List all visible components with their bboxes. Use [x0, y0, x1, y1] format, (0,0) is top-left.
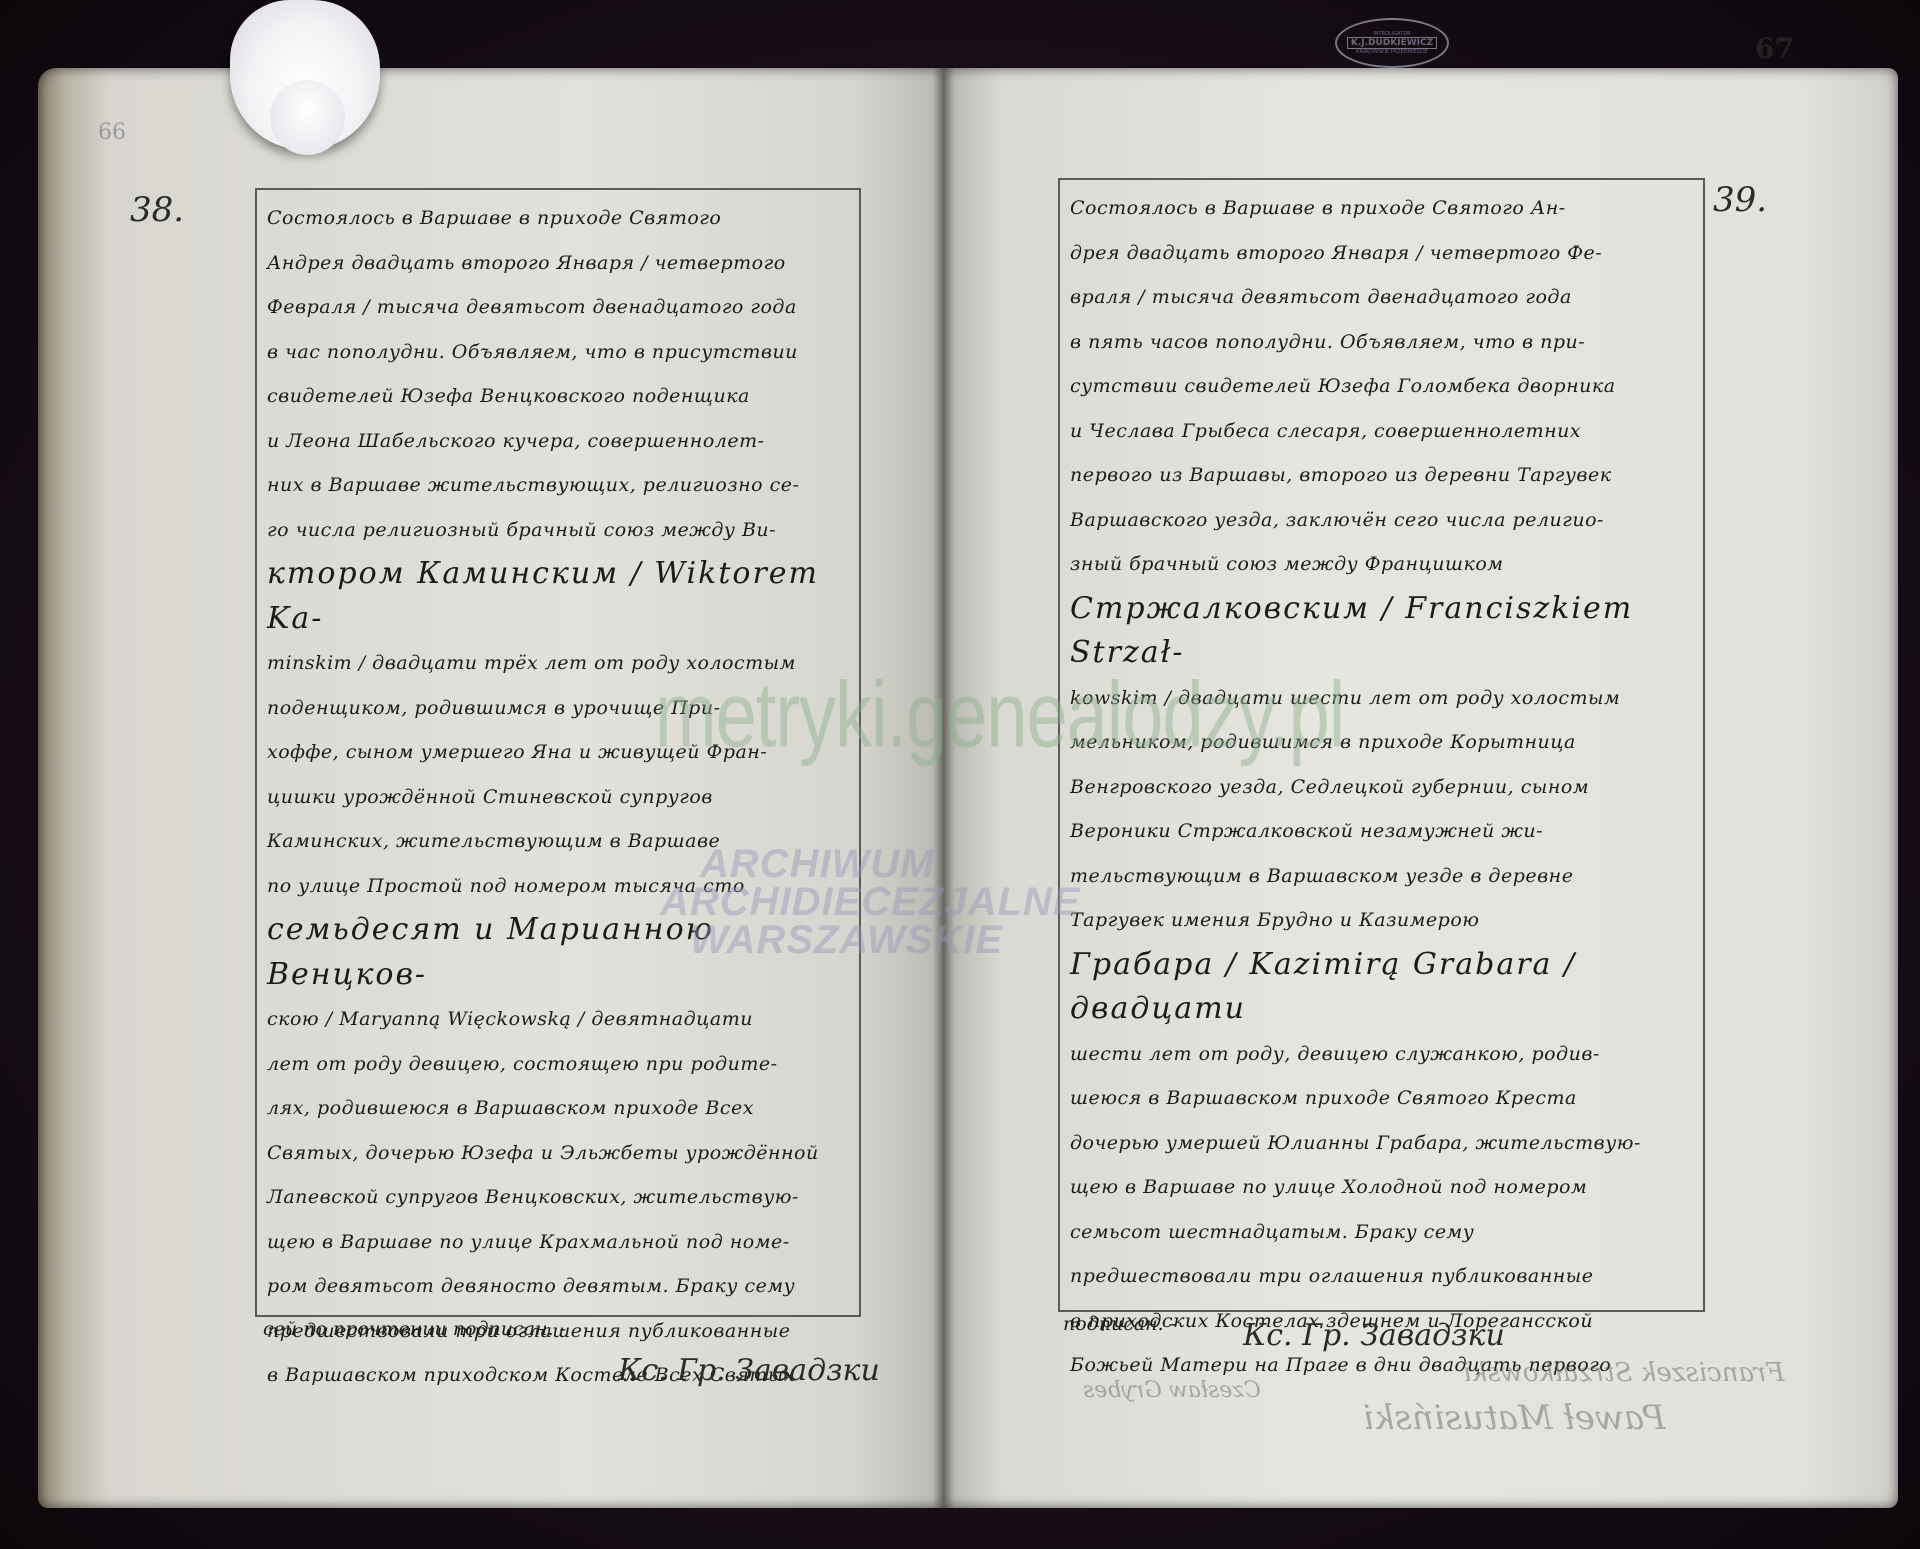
line: в пять часов пополудни. Объявляем, что в… — [1070, 320, 1693, 365]
page-number: 67 — [1755, 32, 1794, 65]
line: тельствующим в Варшавском уезде в деревн… — [1070, 854, 1693, 899]
binder-stamp: INTROLIGATOR K.J.DUDKIEWICZ KRAKOWSKIE P… — [1335, 18, 1449, 68]
line: шеюся в Варшавском приходе Святого Крест… — [1070, 1076, 1693, 1121]
right-page: 39. Состоялось в Варшаве в приходе Свято… — [943, 68, 1898, 1508]
archive-watermark-line: ARCHIWUM — [660, 845, 1080, 883]
line: Андрея двадцать второго Января / четверт… — [267, 241, 849, 286]
line-groom-name: ктором Каминским / Wiktorem Ka- — [267, 552, 849, 641]
line: первого из Варшавы, второго из деревни Т… — [1070, 453, 1693, 498]
record-text-right: Состоялось в Варшаве в приходе Святого А… — [1060, 180, 1703, 1394]
line: предшествовали три оглашения публикованн… — [1070, 1254, 1693, 1299]
line: шести лет от роду, девицею служанкою, ро… — [1070, 1032, 1693, 1077]
line: лет от роду девицею, состоящею при родит… — [267, 1042, 849, 1087]
stamp-name: K.J.DUDKIEWICZ — [1347, 37, 1437, 49]
line: Варшавского уезда, заключён сего числа р… — [1070, 498, 1693, 543]
line: свидетелей Юзефа Венцковского поденщика — [267, 374, 849, 419]
line: дочерью умершей Юлианны Грабара, жительс… — [1070, 1121, 1693, 1166]
line: дрея двадцать второго Января / четвертог… — [1070, 231, 1693, 276]
line: ром девятьсот девяносто девятым. Браку с… — [267, 1264, 849, 1309]
line: в час пополудни. Объявляем, что в присут… — [267, 330, 849, 375]
book-gutter — [933, 68, 955, 1508]
site-watermark: metryki.genealodzy.pl — [655, 661, 1344, 767]
line-bride-name: Грабара / Kazimirą Grabara / двадцати — [1070, 943, 1693, 1032]
priest-signature-left: Кс. Гр. Завадзки — [618, 1353, 880, 1388]
archive-watermark-line: WARSZAWSKIE — [660, 921, 1080, 959]
line: лях, родившеюся в Варшавском приходе Все… — [267, 1086, 849, 1131]
line: Состоялось в Варшаве в приходе Святого — [267, 196, 849, 241]
line: зный брачный союз между Францишком — [1070, 542, 1693, 587]
line: Лапевской супругов Венцковских, жительст… — [267, 1175, 849, 1220]
line: и Чеслава Грыбеса слесаря, совершеннолет… — [1070, 409, 1693, 454]
bleed-through-signature: Paweł Matusiński — [1363, 1398, 1665, 1438]
bleed-through-signature: Czesław Grybes — [1083, 1378, 1261, 1403]
line: и Леона Шабельского кучера, совершенноле… — [267, 419, 849, 464]
old-page-number: 66 — [98, 120, 126, 145]
record-number-right: 39. — [1713, 180, 1767, 220]
bleed-through-signature: Franciszek Strzałkowski — [1463, 1358, 1784, 1388]
line: Святых, дочерью Юзефа и Эльжбеты урождён… — [267, 1131, 849, 1176]
closing-line-right: подписан. - — [1063, 1313, 1176, 1335]
open-register-book: 66 38. Состоялось в Варшаве в приходе Св… — [38, 68, 1898, 1508]
line: щею в Варшаве по улице Холодной под номе… — [1070, 1165, 1693, 1210]
line: Состоялось в Варшаве в приходе Святого А… — [1070, 186, 1693, 231]
archive-watermark: ARCHIWUM ARCHIDIECEZJALNE WARSZAWSKIE — [660, 845, 1080, 959]
closing-line-left: сей по прочтении подписан. - — [263, 1318, 566, 1340]
line: цишки урождённой Стиневской супругов — [267, 775, 849, 820]
line: Февраля / тысяча девятьсот двенадцатого … — [267, 285, 849, 330]
line: Таргувек имения Брудно и Казимерою — [1070, 898, 1693, 943]
line: семьсот шестнадцатым. Браку сему — [1070, 1210, 1693, 1255]
line: сутствии свидетелей Юзефа Голомбека двор… — [1070, 364, 1693, 409]
line: щею в Варшаве по улице Крахмальной под н… — [267, 1220, 849, 1265]
line: скою / Maryanną Więckowską / девятнадцат… — [267, 997, 849, 1042]
record-number-left: 38. — [130, 190, 184, 230]
line: них в Варшаве жительствующих, религиозно… — [267, 463, 849, 508]
line: Венгровского уезда, Седлецкой губернии, … — [1070, 765, 1693, 810]
left-page: 66 38. Состоялось в Варшаве в приходе Св… — [38, 68, 943, 1508]
archive-watermark-line: ARCHIDIECEZJALNE — [660, 883, 1080, 921]
line: Вероники Стржалковской незамужней жи- — [1070, 809, 1693, 854]
stamp-bottom-line: KRAKOWSKIE PRZEDMIEŚCIE — [1356, 49, 1428, 55]
gloved-hand — [230, 0, 380, 150]
record-text-left: Состоялось в Варшаве в приходе Святого А… — [257, 190, 859, 1404]
line: го числа религиозный брачный союз между … — [267, 508, 849, 553]
priest-signature-right: Кс. Гр. Завадзки — [1243, 1318, 1505, 1353]
line: враля / тысяча девятьсот двенадцатого го… — [1070, 275, 1693, 320]
